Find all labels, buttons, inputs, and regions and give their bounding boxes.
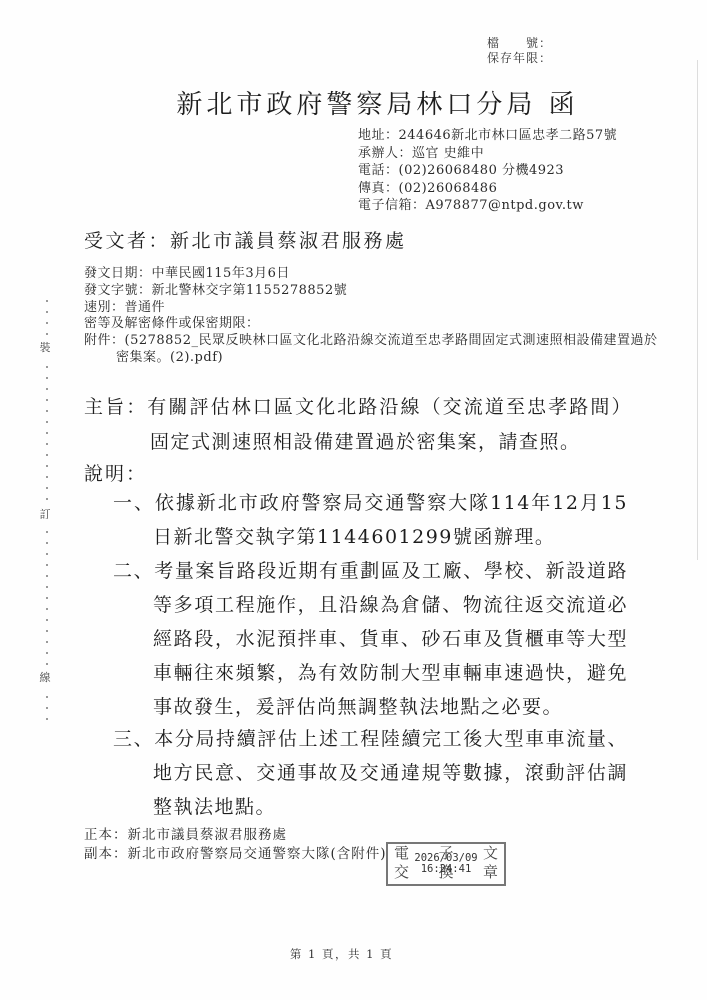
item-number: 二、: [113, 560, 154, 582]
sender-info-block: 地址：244646新北市林口區忠孝二路57號 承辦人：巡官 史維中 電話：(02…: [358, 127, 617, 215]
explanation-label: 說明：: [84, 459, 147, 486]
binding-mark-xian: 線: [37, 666, 53, 688]
electronic-exchange-stamp: 電 子 文 交 換 章 2026/03/09 16:24:41: [386, 842, 506, 886]
retention-period-label: 保存年限：: [487, 51, 552, 66]
subject-label: 主旨：: [84, 396, 147, 418]
sender-address: 地址：244646新北市林口區忠孝二路57號: [358, 127, 617, 145]
doc-number-line: 發文字號：新北警林交字第1155278852號: [84, 283, 659, 300]
issue-date-line: 發文日期：中華民國115年3月6日: [84, 266, 659, 283]
explanation-item-2: 二、考量案旨路段近期有重劃區及工廠、學校、新設道路等多項工程施作，且沿線為倉儲、…: [113, 554, 628, 724]
stamp-time: 16:24:41: [421, 864, 472, 875]
sender-email: 電子信箱：A978877@ntpd.gov.tw: [358, 197, 617, 215]
security-class-line: 密等及解密條件或保密期限：: [84, 316, 659, 333]
page-fold-line: [697, 60, 698, 560]
document-page: 裝 訂 線 檔 號： 保存年限： 新北市政府警察局林口分局 函 地址：24464…: [0, 0, 707, 1000]
subject-text: 有關評估林口區文化北路沿線（交流道至忠孝路間）固定式測速照相設備建置過於密集案，…: [147, 396, 632, 453]
file-number-label: 檔 號：: [487, 36, 552, 51]
item-text: 考量案旨路段近期有重劃區及工廠、學校、新設道路等多項工程施作，且沿線為倉儲、物流…: [153, 560, 628, 718]
item-number: 一、: [113, 492, 155, 514]
attachment-line: 附件：(5278852_民眾反映林口區文化北路沿線交流道至忠孝路間固定式測速照相…: [84, 333, 659, 367]
copies-block: 正本：新北市議員蔡淑君服務處 副本：新北市政府警察局交通警察大隊(含附件): [84, 826, 387, 863]
sender-contact-person: 承辦人：巡官 史維中: [358, 145, 617, 163]
document-meta-block: 發文日期：中華民國115年3月6日 發文字號：新北警林交字第1155278852…: [84, 266, 659, 367]
item-number: 三、: [113, 728, 154, 750]
binding-mark-zhuang: 裝: [37, 336, 53, 358]
carbon-copy-line: 副本：新北市政府警察局交通警察大隊(含附件): [84, 845, 387, 864]
recipient-line: 受文者：新北市議員蔡淑君服務處: [84, 226, 407, 253]
sender-fax: 傳真：(02)26068486: [358, 180, 617, 198]
binding-mark-ding: 訂: [37, 503, 53, 525]
document-title: 新北市政府警察局林口分局 函: [0, 84, 707, 121]
item-text: 本分局持續評估上述工程陸續完工後大型車車流量、地方民意、交通事故及交通違規等數據…: [153, 728, 628, 818]
sender-phone: 電話：(02)26068480 分機4923: [358, 162, 617, 180]
subject-paragraph: 主旨：有關評估林口區文化北路沿線（交流道至忠孝路間）固定式測速照相設備建置過於密…: [84, 390, 632, 460]
file-number-block: 檔 號： 保存年限：: [487, 36, 552, 66]
stamp-datetime: 2026/03/09 16:24:41: [388, 844, 504, 884]
explanation-item-1: 一、依據新北市政府警察局交通警察大隊114年12月15日新北警交執字第11446…: [113, 486, 628, 554]
original-copy-line: 正本：新北市議員蔡淑君服務處: [84, 826, 387, 845]
item-text: 依據新北市政府警察局交通警察大隊114年12月15日新北警交執字第1144601…: [153, 492, 628, 548]
explanation-item-3: 三、本分局持續評估上述工程陸續完工後大型車車流量、地方民意、交通事故及交通違規等…: [113, 722, 628, 824]
speed-class-line: 速別：普通件: [84, 300, 659, 317]
page-footer: 第 1 頁，共 1 頁: [0, 946, 707, 962]
